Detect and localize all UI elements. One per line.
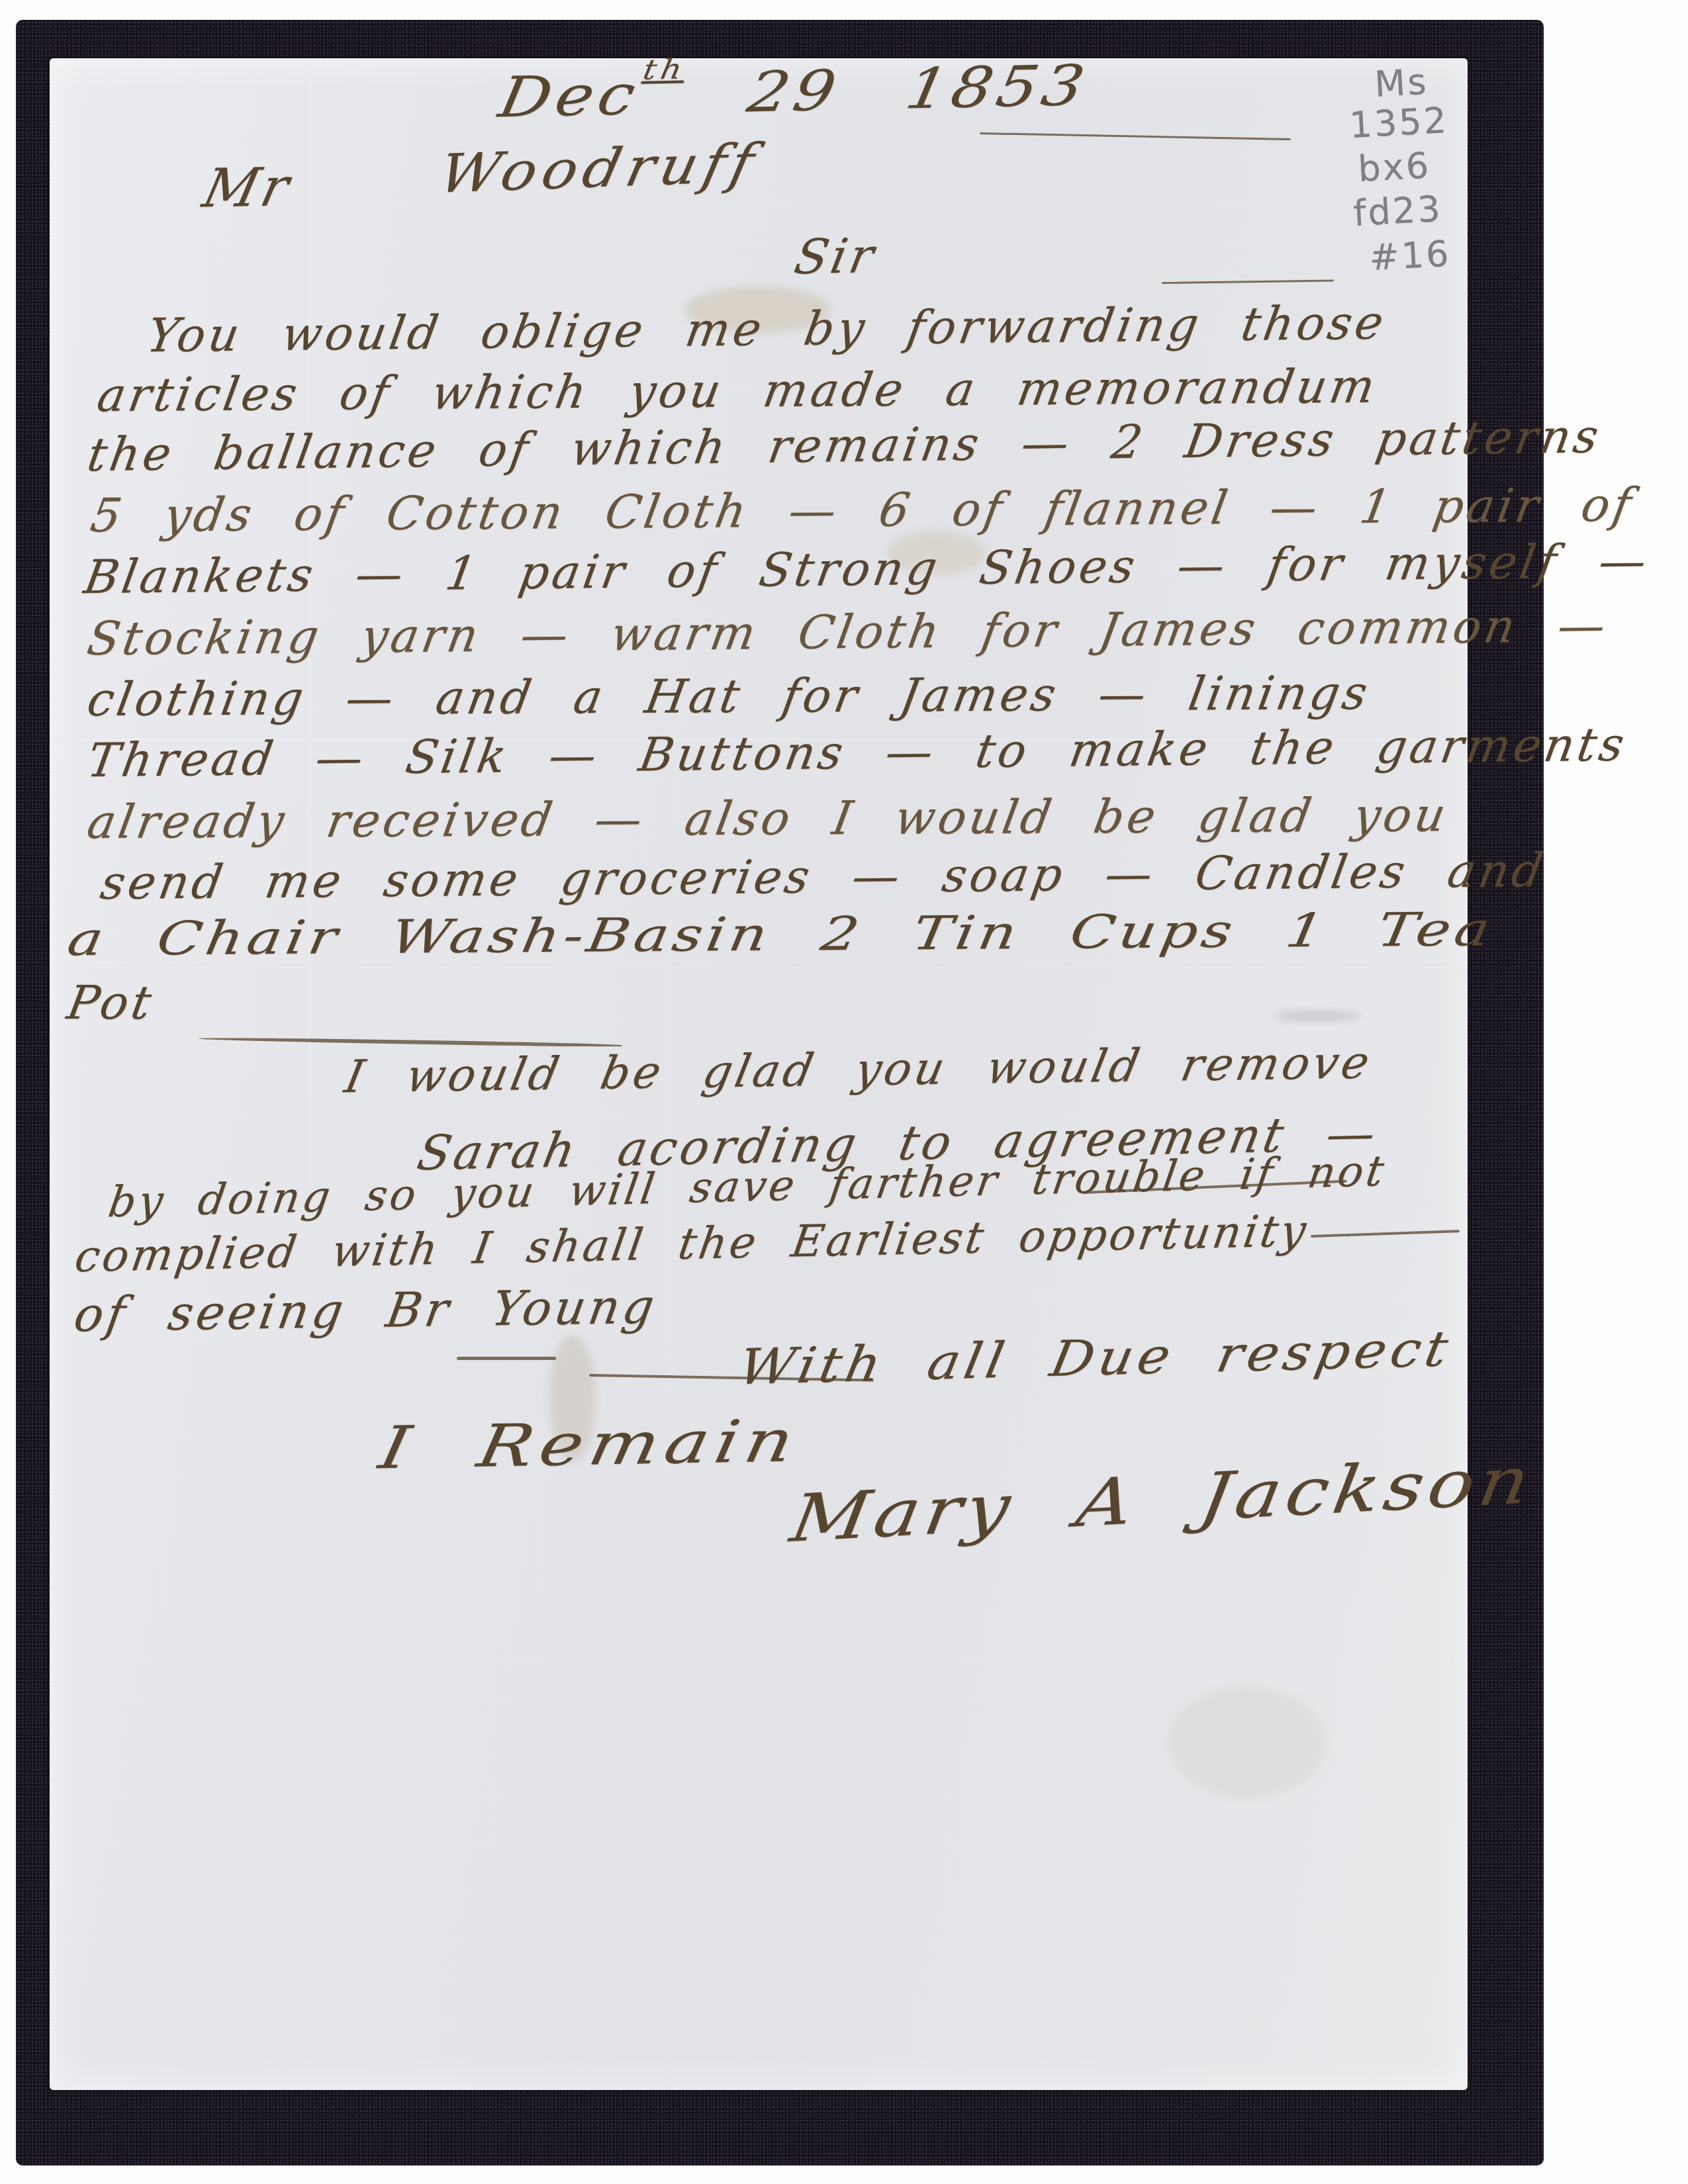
archival-note-line: #16 bbox=[1368, 233, 1452, 279]
letter-body-line: Pot bbox=[64, 976, 159, 1030]
salutation: Sir bbox=[790, 228, 882, 285]
ink-dash-after-salutation bbox=[1162, 279, 1334, 284]
archival-note-line: 1352 bbox=[1348, 99, 1450, 146]
archival-note-line: Ms bbox=[1374, 61, 1429, 105]
recipient-name: Woodruff bbox=[434, 132, 765, 205]
date-month: Dec bbox=[494, 62, 645, 130]
archival-note-line: bx6 bbox=[1357, 144, 1432, 190]
letter-body-line: of seeing Br Young bbox=[70, 1279, 661, 1342]
letter-body-line: 5 yds of Cotton Cloth — 6 of flannel — 1… bbox=[87, 478, 1638, 543]
signature: Mary A Jackson bbox=[786, 1442, 1539, 1557]
letter-body-line: already received — also I would be glad … bbox=[83, 788, 1453, 849]
date-superscript: th bbox=[641, 52, 690, 86]
letter-body-line: Thread — Silk — Buttons — to make the ga… bbox=[83, 717, 1631, 788]
pencil-smudge bbox=[1274, 1011, 1360, 1021]
underline-if-not bbox=[1311, 1230, 1460, 1238]
scanned-letter-page: { "archival_note": { "lines": ["Ms", "13… bbox=[0, 0, 1688, 2184]
paper-stain bbox=[1168, 1686, 1327, 1799]
letter-body-line: clothing — and a Hat for James — linings bbox=[83, 666, 1375, 727]
date-line: Decth 29 1853 bbox=[494, 52, 1094, 130]
letter-paper: Decth 29 1853 Mr Woodruff Sir You would … bbox=[50, 58, 1468, 2090]
letter-body-line: Blankets — 1 pair of Strong Shoes — for … bbox=[80, 533, 1654, 604]
date-day-year: 29 1853 bbox=[743, 52, 1094, 124]
underline-br bbox=[457, 1357, 556, 1360]
fold-crease-horizontal bbox=[50, 966, 1468, 969]
letter-body-line: You would oblige me by forwarding those bbox=[143, 295, 1390, 363]
letter-body-line: articles of which you made a memorandum bbox=[93, 359, 1382, 423]
archival-note-line: fd23 bbox=[1352, 188, 1443, 234]
letter-body-line: send me some groceries — soap — Candles … bbox=[97, 843, 1550, 910]
letter-body-line: a Chair Wash-Basin 2 Tin Cups 1 Tea bbox=[64, 902, 1498, 966]
closing-respect-line: With all Due respect bbox=[734, 1320, 1457, 1396]
letter-body-line: I would be glad you would remove bbox=[340, 1036, 1377, 1103]
letter-body-line: Stocking yarn — warm Cloth for James com… bbox=[83, 598, 1613, 666]
ink-dash-after-pot bbox=[199, 1036, 622, 1048]
closing-remain-line: I Remain bbox=[374, 1406, 806, 1482]
ink-dash-after-date bbox=[980, 132, 1291, 140]
recipient-title: Mr bbox=[197, 156, 298, 220]
